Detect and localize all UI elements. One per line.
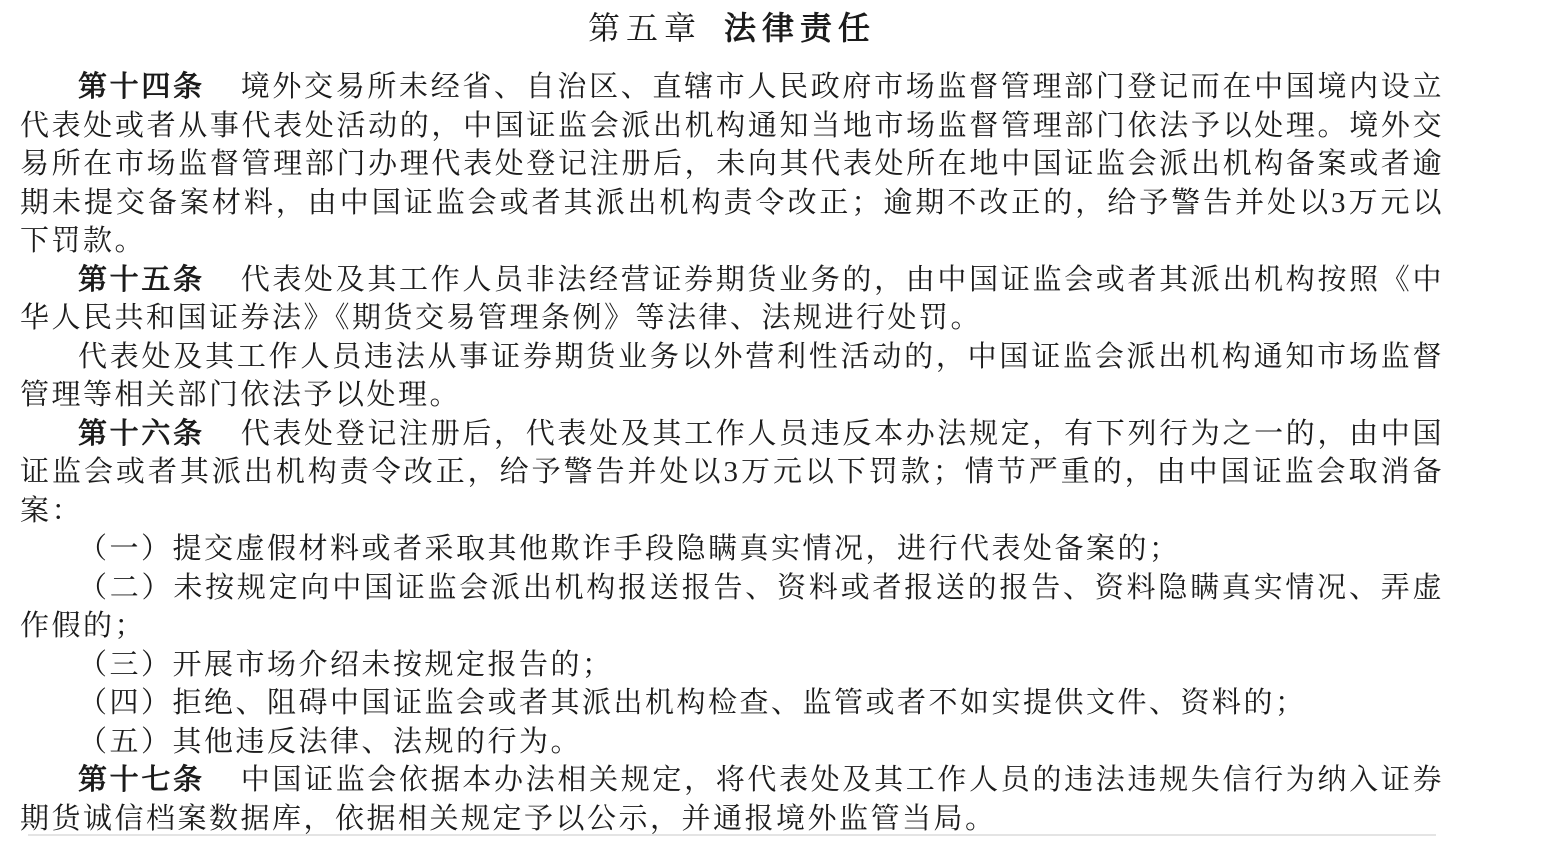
article-15-continued-text: 代表处及其工作人员违法从事证券期货业务以外营利性活动的，中国证监会派出机构通知市…	[20, 341, 1444, 412]
paragraph-article-16-item-4: （四）拒绝、阻碍中国证监会或者其派出机构检查、监管或者不如实提供文件、资料的；	[20, 684, 1444, 723]
paragraph-article-16-item-3: （三）开展市场介绍未按规定报告的；	[20, 646, 1444, 685]
article-14-number: 第十四条	[78, 71, 205, 103]
article-15-text: 代表处及其工作人员非法经营证券期货业务的，由中国证监会或者其派出机构按照《中华人…	[20, 264, 1444, 335]
page-bottom-scan-edge	[28, 834, 1436, 836]
article-16-item-4-text: （四）拒绝、阻碍中国证监会或者其派出机构检查、监管或者不如实提供文件、资料的；	[78, 687, 1307, 719]
article-15-number: 第十五条	[78, 264, 205, 296]
article-16-item-3-text: （三）开展市场介绍未按规定报告的；	[78, 649, 614, 681]
article-17-number: 第十七条	[78, 764, 205, 796]
paragraph-article-15-continued: 代表处及其工作人员违法从事证券期货业务以外营利性活动的，中国证监会派出机构通知市…	[20, 338, 1444, 415]
article-16-item-5-text: （五）其他违反法律、法规的行为。	[78, 726, 582, 758]
paragraph-article-16: 第十六条 代表处登记注册后，代表处及其工作人员违反本办法规定，有下列行为之一的，…	[20, 415, 1444, 531]
document-content: 第五章 法律责任 第十四条 境外交易所未经省、自治区、直辖市人民政府市场监督管理…	[0, 0, 1556, 838]
article-17-text: 中国证监会依据本办法相关规定，将代表处及其工作人员的违法违规失信行为纳入证券期货…	[20, 764, 1444, 835]
paragraph-article-17: 第十七条 中国证监会依据本办法相关规定，将代表处及其工作人员的违法违规失信行为纳…	[20, 761, 1444, 838]
article-16-text: 代表处登记注册后，代表处及其工作人员违反本办法规定，有下列行为之一的，由中国证监…	[20, 418, 1444, 527]
article-16-number: 第十六条	[78, 418, 205, 450]
chapter-name: 法律责任	[724, 10, 876, 46]
paragraph-article-15: 第十五条 代表处及其工作人员非法经营证券期货业务的，由中国证监会或者其派出机构按…	[20, 261, 1444, 338]
paragraph-article-16-item-5: （五）其他违反法律、法规的行为。	[20, 723, 1444, 762]
article-16-item-1-text: （一）提交虚假材料或者采取其他欺诈手段隐瞒真实情况，进行代表处备案的；	[78, 533, 1181, 565]
paragraph-article-16-item-2: （二）未按规定向中国证监会派出机构报送报告、资料或者报送的报告、资料隐瞒真实情况…	[20, 569, 1444, 646]
article-16-item-2-text: （二）未按规定向中国证监会派出机构报送报告、资料或者报送的报告、资料隐瞒真实情况…	[20, 572, 1444, 643]
paragraph-article-16-item-1: （一）提交虚假材料或者采取其他欺诈手段隐瞒真实情况，进行代表处备案的；	[20, 530, 1444, 569]
chapter-title: 第五章 法律责任	[20, 8, 1444, 48]
document-page: 第五章 法律责任 第十四条 境外交易所未经省、自治区、直辖市人民政府市场监督管理…	[0, 0, 1556, 850]
chapter-number: 第五章	[588, 10, 702, 46]
paragraph-article-14: 第十四条 境外交易所未经省、自治区、直辖市人民政府市场监督管理部门登记而在中国境…	[20, 68, 1444, 261]
article-14-text: 境外交易所未经省、自治区、直辖市人民政府市场监督管理部门登记而在中国境内设立代表…	[20, 71, 1444, 257]
